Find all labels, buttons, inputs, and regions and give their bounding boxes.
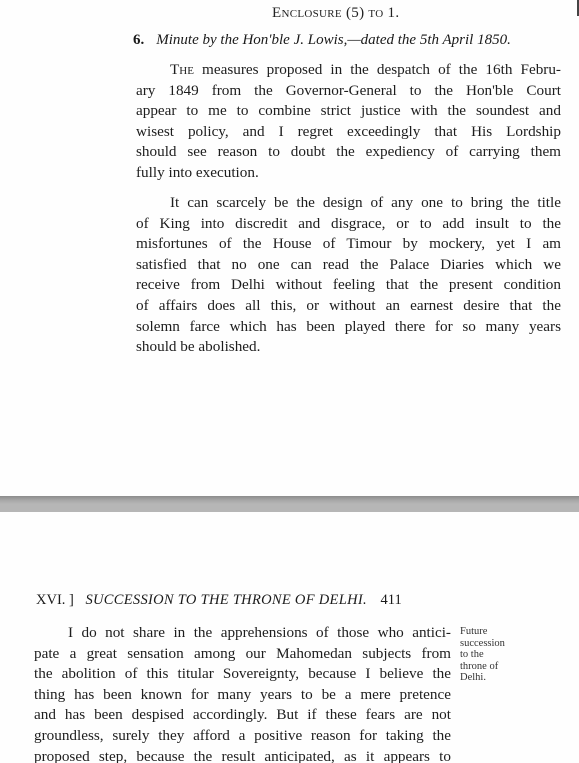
paragraph-line: It can scarcely be the design of any one… <box>136 193 561 214</box>
paragraph-lead-word: The <box>170 61 194 78</box>
document-page-top: Enclosure (5) to 1. 6.Minute by the Hon'… <box>0 0 579 496</box>
paragraph-2: It can scarcely be the design of any one… <box>136 193 561 358</box>
paragraph-line: proposed step, because the result antici… <box>34 747 451 763</box>
paragraph-line: fully into execution. <box>136 163 561 184</box>
chapter-title: SUCCESSION TO THE THRONE OF DELHI. <box>85 592 366 608</box>
paragraph-line: wisest policy, and I regret exceedingly … <box>136 122 561 143</box>
paragraph-line: solemn farce which has been played there… <box>136 317 561 338</box>
page-separator <box>0 496 579 512</box>
paragraph-line: satisfied that no one can read the Palac… <box>136 255 561 276</box>
paragraph-line: pate a great sensation among our Mahomed… <box>34 644 451 665</box>
paragraph-line: receive from Delhi without feeling that … <box>136 275 561 296</box>
margin-note-line: Delhi. <box>460 672 505 684</box>
paragraph-line: appear to me to combine strict justice w… <box>136 101 561 122</box>
margin-note-line: to the <box>460 649 505 661</box>
paragraph-3: I do not share in the apprehensions of t… <box>34 623 451 763</box>
paragraph-line: of King into discredit and disgrace, or … <box>136 214 561 235</box>
paragraph-line: ary 1849 from the Governor-General to th… <box>136 81 561 102</box>
paragraph-1: The measures proposed in the despatch of… <box>136 60 561 184</box>
page-number: 411 <box>381 592 402 608</box>
margin-note-line: Future <box>460 626 505 638</box>
margin-note-line: throne of <box>460 661 505 673</box>
running-head: XVI. ] SUCCESSION TO THE THRONE OF DELHI… <box>36 592 402 609</box>
chapter-number: XVI. ] <box>36 592 74 608</box>
enclosure-heading: Enclosure (5) to 1. <box>272 5 399 22</box>
minute-number: 6. <box>133 32 144 48</box>
paragraph-line: I do not share in the apprehensions of t… <box>34 623 451 644</box>
paragraph-line: groundless, surely they afford a positiv… <box>34 726 451 747</box>
paragraph-line: and has been despised accordingly. But i… <box>34 705 451 726</box>
paragraph-line: misfortunes of the House of Timour by mo… <box>136 234 561 255</box>
paragraph-line: the abolition of this titular Sovereignt… <box>34 664 451 685</box>
paragraph-line: thing has been known for many years to b… <box>34 685 451 706</box>
paragraph-line: should see reason to doubt the expedienc… <box>136 142 561 163</box>
paragraph-line: The measures proposed in the despatch of… <box>136 60 561 81</box>
minute-title: Minute by the Hon'ble J. Lowis,—dated th… <box>156 32 511 48</box>
margin-note: Future succession to the throne of Delhi… <box>460 626 505 684</box>
paragraph-line: should be abolished. <box>136 337 561 358</box>
minute-heading: 6.Minute by the Hon'ble J. Lowis,—dated … <box>133 32 511 49</box>
margin-note-line: succession <box>460 638 505 650</box>
paragraph-line: of affairs does all this, or without an … <box>136 296 561 317</box>
